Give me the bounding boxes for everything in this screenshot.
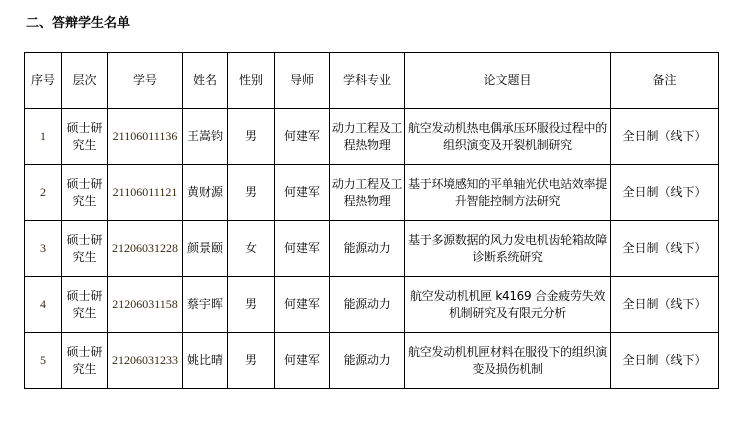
cell-thesis: 航空发动机热电偶承压环服役过程中的组织演变及开裂机制研究 [405,109,611,165]
cell-level: 硕士研究生 [62,277,108,333]
cell-gender: 女 [228,221,275,277]
cell-no: 4 [25,277,62,333]
table-header-row: 序号 层次 学号 姓名 性别 导师 学科专业 论文题目 备注 [25,53,719,109]
header-advisor: 导师 [275,53,330,109]
cell-student-id: 21206031158 [108,277,183,333]
defense-student-table: 序号 层次 学号 姓名 性别 导师 学科专业 论文题目 备注 1 硕士研究生 2… [24,52,719,389]
cell-gender: 男 [228,333,275,389]
cell-advisor: 何建军 [275,109,330,165]
table-row: 5 硕士研究生 21206031233 姚比晴 男 何建军 能源动力 航空发动机… [25,333,719,389]
header-no: 序号 [25,53,62,109]
table-row: 4 硕士研究生 21206031158 蔡宇晖 男 何建军 能源动力 航空发动机… [25,277,719,333]
cell-level: 硕士研究生 [62,221,108,277]
cell-major: 能源动力 [330,221,405,277]
cell-major: 动力工程及工程热物理 [330,109,405,165]
cell-thesis: 基于多源数据的风力发电机齿轮箱故障诊断系统研究 [405,221,611,277]
cell-no: 5 [25,333,62,389]
cell-advisor: 何建军 [275,277,330,333]
cell-name: 蔡宇晖 [183,277,228,333]
header-gender: 性别 [228,53,275,109]
table-row: 3 硕士研究生 21206031228 颜景颐 女 何建军 能源动力 基于多源数… [25,221,719,277]
cell-level: 硕士研究生 [62,165,108,221]
cell-gender: 男 [228,109,275,165]
cell-note: 全日制（线下） [611,277,719,333]
cell-no: 1 [25,109,62,165]
cell-note: 全日制（线下） [611,333,719,389]
header-level: 层次 [62,53,108,109]
header-thesis: 论文题目 [405,53,611,109]
cell-name: 王嵩钧 [183,109,228,165]
cell-thesis: 基于环境感知的平单轴光伏电站效率提升智能控制方法研究 [405,165,611,221]
section-heading: 二、答辩学生名单 [26,12,130,31]
cell-no: 2 [25,165,62,221]
cell-thesis: 航空发动机机匣材料在服役下的组织演变及损伤机制 [405,333,611,389]
header-note: 备注 [611,53,719,109]
cell-note: 全日制（线下） [611,165,719,221]
cell-name: 颜景颐 [183,221,228,277]
cell-name: 黄财源 [183,165,228,221]
table-row: 2 硕士研究生 21106011121 黄财源 男 何建军 动力工程及工程热物理… [25,165,719,221]
cell-major: 能源动力 [330,333,405,389]
cell-advisor: 何建军 [275,333,330,389]
header-major: 学科专业 [330,53,405,109]
cell-student-id: 21206031228 [108,221,183,277]
cell-gender: 男 [228,165,275,221]
cell-note: 全日制（线下） [611,109,719,165]
cell-advisor: 何建军 [275,221,330,277]
cell-name: 姚比晴 [183,333,228,389]
cell-note: 全日制（线下） [611,221,719,277]
cell-advisor: 何建军 [275,165,330,221]
header-student-id: 学号 [108,53,183,109]
table-row: 1 硕士研究生 21106011136 王嵩钧 男 何建军 动力工程及工程热物理… [25,109,719,165]
cell-major: 能源动力 [330,277,405,333]
header-name: 姓名 [183,53,228,109]
cell-gender: 男 [228,277,275,333]
cell-level: 硕士研究生 [62,333,108,389]
cell-level: 硕士研究生 [62,109,108,165]
cell-student-id: 21106011136 [108,109,183,165]
cell-student-id: 21206031233 [108,333,183,389]
cell-thesis: 航空发动机机匣 k4169 合金疲劳失效机制研究及有限元分析 [405,277,611,333]
cell-no: 3 [25,221,62,277]
cell-student-id: 21106011121 [108,165,183,221]
cell-major: 动力工程及工程热物理 [330,165,405,221]
